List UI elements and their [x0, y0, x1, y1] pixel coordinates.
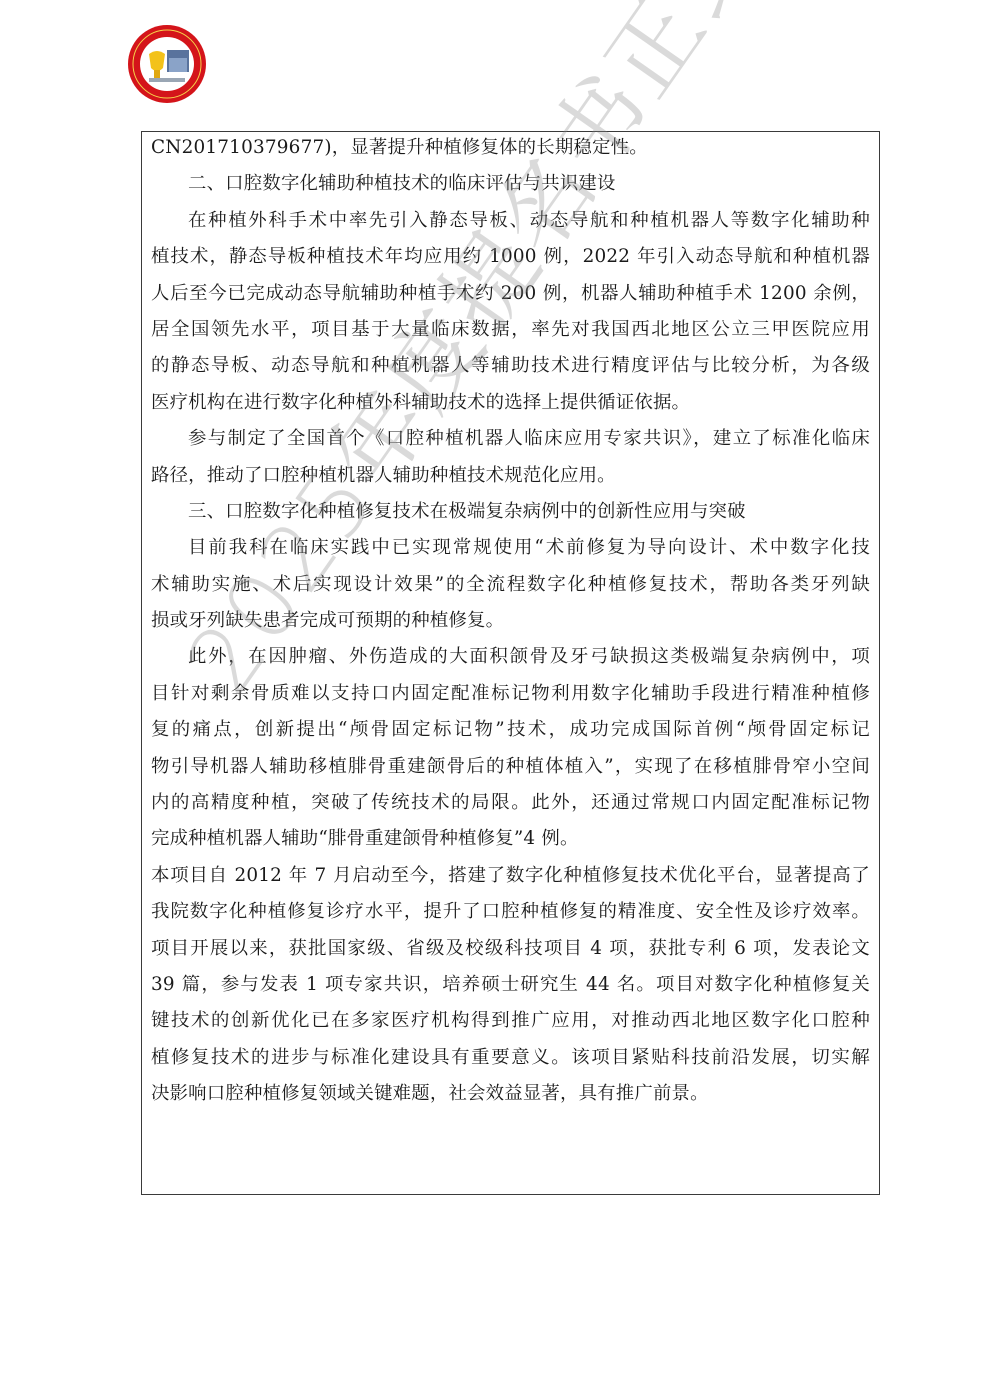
text-line: 损或牙列缺失患者完成可预期的种植修复。 — [151, 605, 870, 641]
text-line: 完成种植机器人辅助“腓骨重建颌骨种植修复”4 例。 — [151, 823, 870, 859]
text-line: 医疗机构在进行数字化种植外科辅助技术的选择上提供循证依据。 — [151, 387, 870, 423]
text-line: 路径，推动了口腔种植机器人辅助种植技术规范化应用。 — [151, 460, 870, 496]
text-line: 植修复技术的进步与标准化建设具有重要意义。该项目紧贴科技前沿发展，切实解 — [151, 1042, 870, 1078]
text-line: 在种植外科手术中率先引入静态导板、动态导航和种植机器人等数字化辅助种 — [151, 205, 870, 241]
text-line: 目前我科在临床实践中已实现常规使用“术前修复为导向设计、术中数字化技 — [151, 532, 870, 568]
text-line: 的静态导板、动态导航和种植机器人等辅助技术进行精度评估与比较分析，为各级 — [151, 350, 870, 386]
text-line: 物引导机器人辅助移植腓骨重建颌骨后的种植体植入”，实现了在移植腓骨窄小空间 — [151, 751, 870, 787]
document-body: CN201710379677)，显著提升种植修复体的长期稳定性。二、口腔数字化辅… — [151, 132, 870, 1115]
content-box: CN201710379677)，显著提升种植修复体的长期稳定性。二、口腔数字化辅… — [141, 131, 880, 1195]
text-line: 三、口腔数字化种植修复技术在极端复杂病例中的创新性应用与突破 — [151, 496, 870, 532]
text-line: 39 篇，参与发表 1 项专家共识，培养硕士研究生 44 名。项目对数字化种植修… — [151, 969, 870, 1005]
text-line: 植技术，静态导板种植技术年均应用约 1000 例，2022 年引入动态导航和种植… — [151, 241, 870, 277]
text-line: 目针对剩余骨质难以支持口内固定配准标记物利用数字化辅助手段进行精准种植修 — [151, 678, 870, 714]
text-line: 我院数字化种植修复诊疗水平，提升了口腔种植修复的精准度、安全性及诊疗效率。 — [151, 896, 870, 932]
text-line: 内的高精度种植，突破了传统技术的局限。此外，还通过常规口内固定配准标记物 — [151, 787, 870, 823]
text-line: 参与制定了全国首个《口腔种植机器人临床应用专家共识》，建立了标准化临床 — [151, 423, 870, 459]
text-line: 本项目自 2012 年 7 月启动至今，搭建了数字化种植修复技术优化平台，显著提… — [151, 860, 870, 896]
organization-seal-logo — [127, 24, 207, 104]
seal-emblem-icon — [127, 24, 207, 104]
text-line: 人后至今已完成动态导航辅助种植手术约 200 例，机器人辅助种植手术 1200 … — [151, 278, 870, 314]
text-line: 此外，在因肿瘤、外伤造成的大面积颌骨及牙弓缺损这类极端复杂病例中，项 — [151, 641, 870, 677]
text-line: 居全国领先水平，项目基于大量临床数据，率先对我国西北地区公立三甲医院应用 — [151, 314, 870, 350]
text-line: CN201710379677)，显著提升种植修复体的长期稳定性。 — [151, 132, 870, 168]
text-line: 二、口腔数字化辅助种植技术的临床评估与共识建设 — [151, 168, 870, 204]
text-line: 复的痛点，创新提出“颅骨固定标记物”技术，成功完成国际首例“颅骨固定标记 — [151, 714, 870, 750]
text-line: 决影响口腔种植修复领域关键难题，社会效益显著，具有推广前景。 — [151, 1078, 870, 1114]
text-line: 项目开展以来，获批国家级、省级及校级科技项目 4 项，获批专利 6 项，发表论文 — [151, 933, 870, 969]
text-line: 术辅助实施、术后实现设计效果”的全流程数字化种植修复技术，帮助各类牙列缺 — [151, 569, 870, 605]
text-line: 键技术的创新优化已在多家医疗机构得到推广应用，对推动西北地区数字化口腔种 — [151, 1005, 870, 1041]
